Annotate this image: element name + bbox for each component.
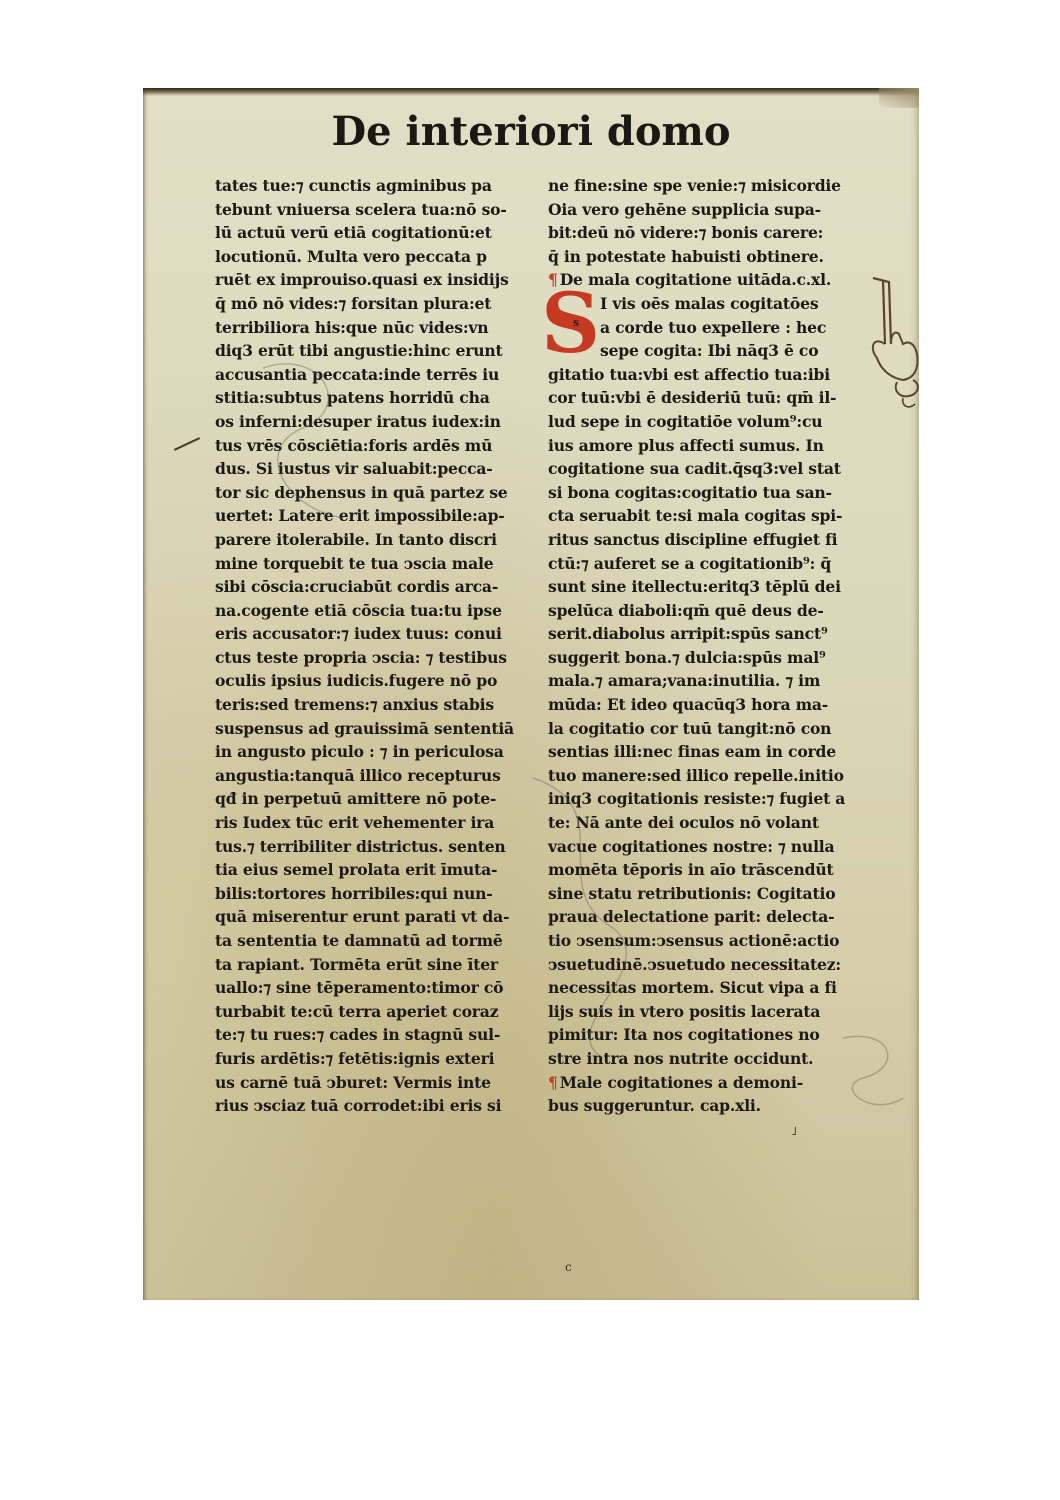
- text-line: teris:sed tremens:⁊ anxius stabis: [215, 693, 545, 717]
- text-line: sentias illi:nec finas eam in corde: [548, 740, 868, 764]
- text-line: serit.diabolus arripit:spūs sanct⁹: [548, 622, 868, 646]
- running-head: De interiori domo: [143, 108, 919, 155]
- text-line: cor tuū:vbi ē desideriū tuū: qm̄ il-: [548, 386, 868, 410]
- chapter-41-heading-line-2: bus suggeruntur. cap.xli.: [548, 1094, 868, 1118]
- text-line: qđ in perpetuū amittere nō pote-: [215, 787, 545, 811]
- text-line: oculis ipsius iudicis.fugere nō po: [215, 669, 545, 693]
- text-line: q̄ in potestate habuisti obtinere.: [548, 245, 868, 269]
- text-line: spelūca diaboli:qm̄ quē deus de-: [548, 599, 868, 623]
- chapter-41-title-1: Male cogitationes a demoni-: [560, 1073, 803, 1092]
- text-line: ruēt ex improuiso.quasi ex insidijs: [215, 268, 545, 292]
- text-line: ris Iudex tūc erit vehementer ira: [215, 811, 545, 835]
- text-line: ctus teste propria ↄscia: ⁊ testibus: [215, 646, 545, 670]
- guide-letter: s: [573, 316, 579, 329]
- ink-speck: ˩: [791, 1124, 797, 1138]
- foot-mark: c: [565, 1260, 572, 1274]
- text-line: uallo:⁊ sine tēperamento:timor cō: [215, 976, 545, 1000]
- text-line: terribiliora his:que nūc vides:vn: [215, 316, 545, 340]
- text-line: us carnē tuā ↄburet: Vermis inte: [215, 1071, 545, 1095]
- text-line: sunt sine itellectu:eritq3 tēplū dei: [548, 575, 868, 599]
- faint-stamp-mark: [523, 768, 643, 1068]
- text-line: mūda: Et ideo quacūq3 hora ma-: [548, 693, 868, 717]
- text-line: sibi cōscia:cruciabūt cordis arca-: [215, 575, 545, 599]
- text-line: bilis:tortores horribiles:qui nun-: [215, 882, 545, 906]
- text-line: in angusto piculo : ⁊ in periculosa: [215, 740, 545, 764]
- text-line: tebunt vniuersa scelera tua:nō so-: [215, 198, 545, 222]
- text-line: mine torquebit te tua ↄscia male: [215, 552, 545, 576]
- text-line: quā miserentur erunt parati vt da-: [215, 905, 545, 929]
- text-line: ius amore plus affecti sumus. In: [548, 434, 868, 458]
- text-line: bit:deū nō videre:⁊ bonis carere:: [548, 221, 868, 245]
- text-line: suggerit bona.⁊ dulcia:spūs mal⁹: [548, 646, 868, 670]
- text-line: locutionū. Multa vero peccata p: [215, 245, 545, 269]
- manicule-pointing-hand-icon: [863, 274, 923, 414]
- text-line: ne fine:sine spe venie:⁊ misicordie: [548, 174, 868, 198]
- text-line: lū actuū verū etiā cogitationū:et: [215, 221, 545, 245]
- text-line: Oia vero gehēne supplicia supa-: [548, 198, 868, 222]
- text-line: eris accusator:⁊ iudex tuus: conui: [215, 622, 545, 646]
- page-top-edge: [143, 88, 919, 96]
- text-line: q̄ mō nō vides:⁊ forsitan plura:et: [215, 292, 545, 316]
- text-line: lud sepe in cogitatiōe volum⁹:cu: [548, 410, 868, 434]
- right-column-top: ne fine:sine spe venie:⁊ misicordieOia v…: [548, 174, 868, 268]
- text-line: furis ardētis:⁊ fetētis:ignis exteri: [215, 1047, 545, 1071]
- text-line: tates tue:⁊ cunctis agminibus pa: [215, 174, 545, 198]
- left-column: tates tue:⁊ cunctis agminibus patebunt v…: [215, 174, 545, 1118]
- page-corner-shadow: [879, 88, 919, 108]
- text-line: ta sententia te damnatū ad tormē: [215, 929, 545, 953]
- text-line: ta rapiant. Tormēta erūt sine īter: [215, 953, 545, 977]
- text-line: te:⁊ tu rues:⁊ cades in stagnū sul-: [215, 1023, 545, 1047]
- chapter-41-heading-line-1: ¶Male cogitationes a demoni-: [548, 1071, 868, 1095]
- pilcrow-icon: ¶: [548, 1073, 558, 1092]
- text-line: cogitatione sua cadit.q̄sq3:vel stat: [548, 457, 868, 481]
- faint-stamp-mark: [833, 1028, 913, 1118]
- text-line: na.cogente etiā cōscia tua:tu ipse: [215, 599, 545, 623]
- rubricated-initial: S: [541, 284, 601, 364]
- text-line: rius ↄsciaz tuā corrodet:ibi eris si: [215, 1094, 545, 1118]
- text-line: turbabit te:cū terra aperiet coraz: [215, 1000, 545, 1024]
- text-line: tus.⁊ terribiliter districtus. senten: [215, 835, 545, 859]
- text-line: suspensus ad grauissimā sententiā: [215, 717, 545, 741]
- book-page: De interiori domo tates tue:⁊ cunctis ag…: [143, 88, 919, 1300]
- text-line: tia eius semel prolata erit īmuta-: [215, 858, 545, 882]
- text-line: la cogitatio cor tuū tangit:nō con: [548, 717, 868, 741]
- text-line: angustia:tanquā illico recepturus: [215, 764, 545, 788]
- text-line: ritus sanctus discipline effugiet fi: [548, 528, 868, 552]
- text-line: cta seruabit te:si mala cogitas spi-: [548, 504, 868, 528]
- faint-stamp-mark: [243, 348, 363, 528]
- margin-pen-stroke: [174, 437, 200, 451]
- text-line: ctū:⁊ auferet se a cogitationib⁹: q̄: [548, 552, 868, 576]
- text-line: parere itolerabile. In tanto discri: [215, 528, 545, 552]
- text-line: mala.⁊ amara;vana:inutilia. ⁊ im: [548, 669, 868, 693]
- text-line: si bona cogitas:cogitatio tua san-: [548, 481, 868, 505]
